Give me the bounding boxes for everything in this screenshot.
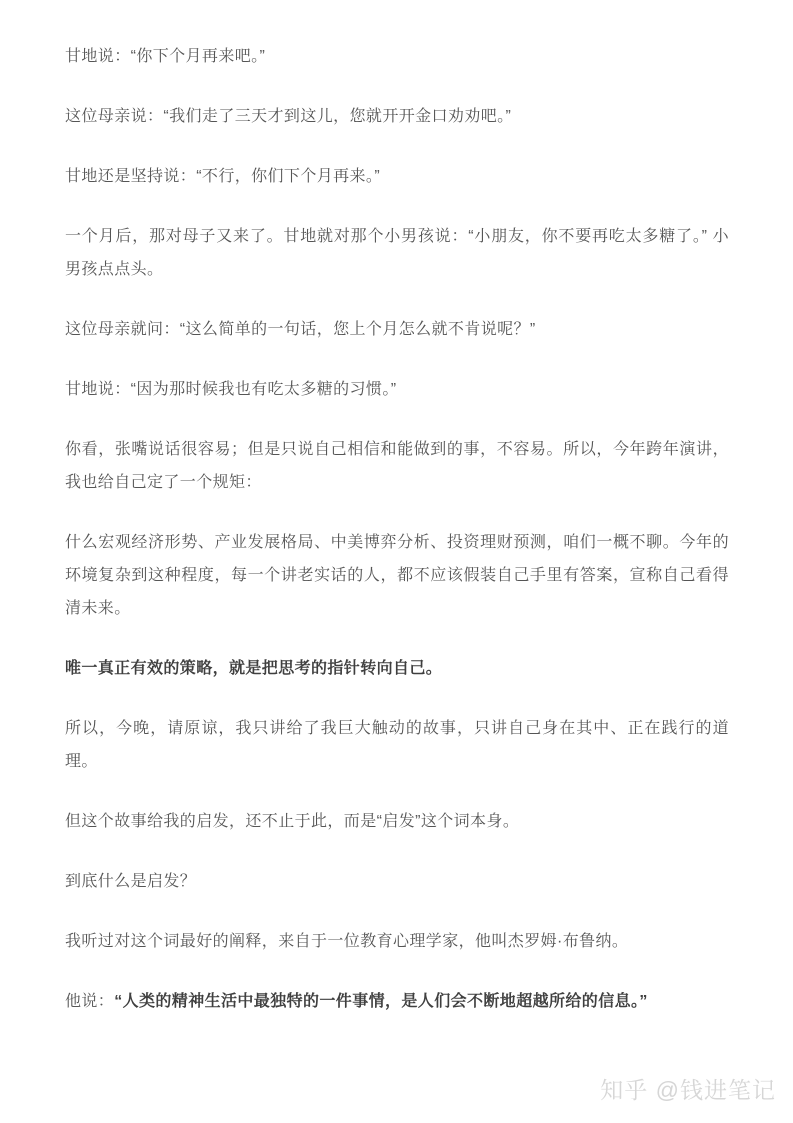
paragraph: 甘地说：“你下个月再来吧。”	[65, 40, 729, 73]
paragraph: 一个月后，那对母子又来了。甘地就对那个小男孩说：“小朋友，你不要再吃太多糖了。”…	[65, 220, 729, 286]
paragraph: 这位母亲就问：“这么简单的一句话，您上个月怎么就不肯说呢？”	[65, 313, 729, 346]
paragraph: 所以，今晚，请原谅，我只讲给了我巨大触动的故事，只讲自己身在其中、正在践行的道理…	[65, 712, 729, 778]
zhihu-watermark: 知乎 @钱进笔记	[600, 1072, 776, 1105]
paragraph: 但这个故事给我的启发，还不止于此，而是“启发”这个词本身。	[65, 805, 729, 838]
paragraph-quote-bold: “人类的精神生活中最独特的一件事情，是人们会不断地超越所给的信息。”	[114, 993, 648, 1010]
paragraph: 唯一真正有效的策略，就是把思考的指针转向自己。	[65, 652, 729, 685]
paragraph: 到底什么是启发？	[65, 865, 729, 898]
paragraph: 甘地说：“因为那时候我也有吃太多糖的习惯。”	[65, 373, 729, 406]
paragraph: 什么宏观经济形势、产业发展格局、中美博弈分析、投资理财预测，咱们一概不聊。今年的…	[65, 526, 729, 625]
paragraph: 甘地还是坚持说：“不行，你们下个月再来。”	[65, 160, 729, 193]
article-body: 甘地说：“你下个月再来吧。”这位母亲说：“我们走了三天才到这儿，您就开开金口劝劝…	[65, 40, 729, 1045]
paragraph: 这位母亲说：“我们走了三天才到这儿，您就开开金口劝劝吧。”	[65, 100, 729, 133]
paragraph-prefix: 他说：	[65, 993, 114, 1010]
paragraph: 我听过对这个词最好的阐释，来自于一位教育心理学家，他叫杰罗姆·布鲁纳。	[65, 925, 729, 958]
paragraph: 你看，张嘴说话很容易；但是只说自己相信和能做到的事，不容易。所以，今年跨年演讲，…	[65, 433, 729, 499]
paragraph: 他说：“人类的精神生活中最独特的一件事情，是人们会不断地超越所给的信息。”	[65, 985, 729, 1018]
